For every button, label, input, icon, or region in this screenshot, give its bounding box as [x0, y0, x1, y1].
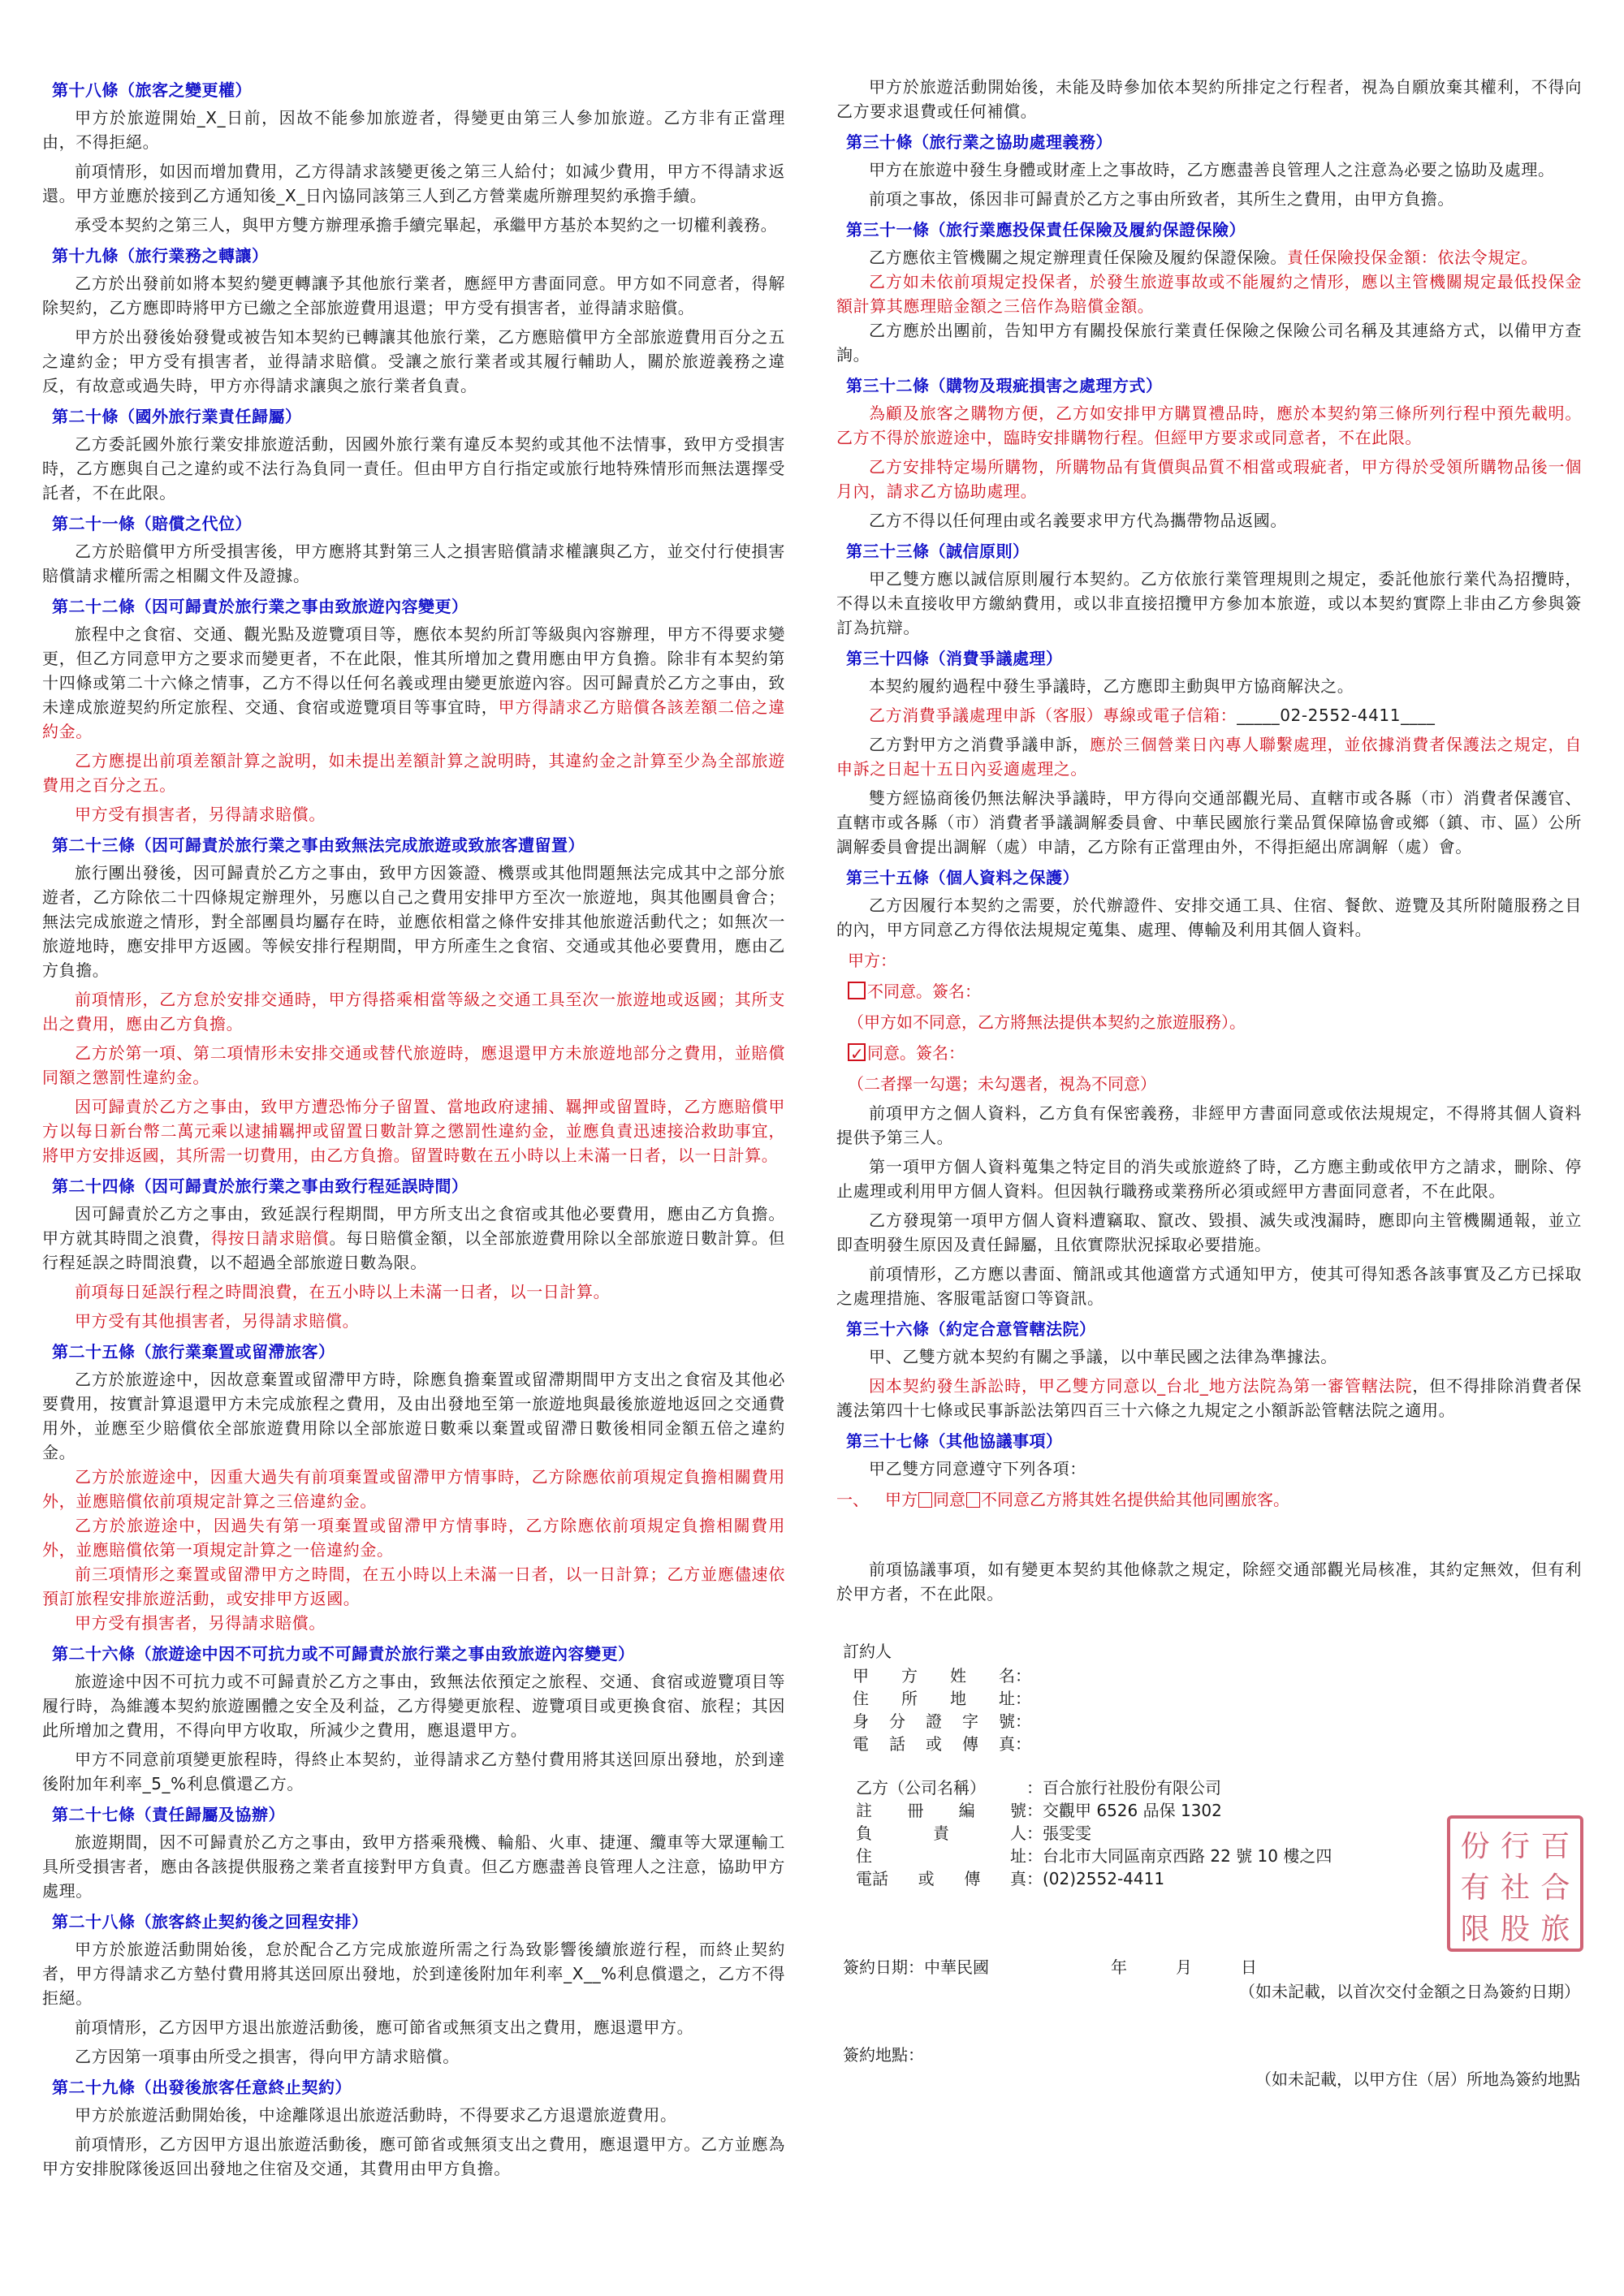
- label-char: 址: [1010, 1845, 1026, 1867]
- article-paragraph: 乙方消費爭議處理申訴（客服）專線或電子信箱：_____02-2552-4411_…: [836, 703, 1582, 727]
- signature-row: 身分證字號：: [836, 1710, 1582, 1733]
- label-char: 傳: [962, 1733, 978, 1755]
- emphasis-text: 甲方受有損害者，另得請求賠償。: [75, 805, 326, 824]
- place-note: （如未記載，以甲方住（居）所地為簽約地點: [836, 2067, 1580, 2091]
- article-paragraph: 乙方如未依前項規定投保者，於發生旅遊事故或不能履約之情形，應以主管機關規定最低投…: [836, 270, 1582, 318]
- date-year-field[interactable]: 年: [1111, 1955, 1176, 1979]
- article-heading: 第三十六條（約定合意管轄法院）: [846, 1315, 1582, 1343]
- article-paragraph: 雙方經協商後仍無法解決爭議時，甲方得向交通部觀光局、直轄市或各縣（市）消費者保護…: [836, 786, 1582, 859]
- article-paragraph: 乙方安排特定場所購物，所購物品有貨價與品質不相當或瑕疵者，甲方得於受領所購物品後…: [836, 455, 1582, 503]
- consent-block: 甲方：不同意。簽名：（甲方如不同意，乙方將無法提供本契約之旅遊服務）。同意。簽名…: [836, 947, 1582, 1098]
- article-paragraph: 前項情形，乙方因甲方退出旅遊活動後，應可節省或無須支出之費用，應退還甲方。乙方並…: [42, 2132, 785, 2181]
- body-text: 乙方對甲方之消費爭議申訴，: [869, 735, 1090, 754]
- article-paragraph: 甲方於旅遊活動開始後，中途離隊退出旅遊活動時，不得要求乙方退還旅遊費用。: [42, 2103, 785, 2127]
- body-text: 甲、乙雙方就本契約有關之爭議，以中華民國之法律為準據法。: [869, 1347, 1337, 1366]
- colon: ：: [1026, 1799, 1043, 1822]
- disagree-option[interactable]: 不同意。簽名：: [848, 978, 1582, 1005]
- colon: ：: [1026, 1867, 1043, 1890]
- signature-row: 乙方（公司名稱）：百合旅行社股份有限公司: [836, 1776, 1582, 1799]
- spacer: [836, 1513, 1582, 1557]
- label-char: 負: [856, 1822, 872, 1845]
- article-paragraph: 乙方對甲方之消費爭議申訴，應於三個營業日內專人聯繫處理，並依據消費者保護法之規定…: [836, 732, 1582, 781]
- article-paragraph: 甲乙雙方同意遵守下列各項：: [836, 1457, 1582, 1481]
- article-paragraph: 乙方委託國外旅行業安排旅遊活動，因國外旅行業有違反本契約或其他不法情事，致甲方受…: [42, 432, 785, 505]
- colon: ：: [1015, 1733, 1031, 1755]
- body-text: 乙方應依主管機關之規定辦理責任保險及履約保證保險。: [869, 248, 1287, 267]
- label-char: 或: [926, 1733, 942, 1755]
- article-paragraph: 甲方於旅遊活動開始後，怠於配合乙方完成旅遊所需之行為致影響後續旅遊行程，而終止契…: [42, 1937, 785, 2010]
- article-paragraph: 乙方不得以任何理由或名義要求甲方代為攜帶物品返國。: [836, 508, 1582, 533]
- body-text: 前項情形，乙方因甲方退出旅遊活動後，應可節省或無須支出之費用，應退還甲方。乙方並…: [42, 2134, 785, 2178]
- body-text: 乙方因第一項事由所受之損害，得向甲方請求賠償。: [75, 2047, 460, 2066]
- article-heading: 第三十一條（旅行業應投保責任保險及履約保證保險）: [846, 216, 1582, 244]
- signatories-title: 訂約人: [843, 1638, 1582, 1664]
- article-paragraph: 乙方應依主管機關之規定辦理責任保險及履約保證保險。責任保險投保金額：依法令規定。: [836, 245, 1582, 270]
- article-paragraph: 乙方於賠償甲方所受損害後，甲方應將其對第三人之損害賠償請求權讓與乙方，並交付行使…: [42, 539, 785, 588]
- article-paragraph: 因可歸責於乙方之事由，致甲方遭恐怖分子留置、當地政府逮捕、羈押或留置時，乙方應賠…: [42, 1094, 785, 1167]
- signing-place-label: 簽約地點：: [843, 2043, 1582, 2067]
- emphasis-text: 乙方於旅遊途中，因過失有第一項棄置或留滯甲方情事時，乙方除應依前項規定負擔相關費…: [42, 1516, 785, 1560]
- colon: ：: [1026, 1822, 1043, 1845]
- disagree-name-checkbox[interactable]: [966, 1492, 980, 1508]
- body-text: 前項甲方之個人資料，乙方負有保密義務，非經甲方書面同意或依法規規定，不得將其個人…: [836, 1103, 1582, 1147]
- emphasis-text: 前項每日延誤行程之時間浪費，在五小時以上未滿一日者，以一日計算。: [75, 1282, 610, 1301]
- seal-char: 社: [1495, 1865, 1535, 1906]
- emphasis-text: 前項情形，乙方怠於安排交通時，甲方得搭乘相當等級之交通工具至次一旅遊地或返國；其…: [42, 990, 785, 1034]
- body-text: 乙方於賠償甲方所受損害後，甲方應將其對第三人之損害賠償請求權讓與乙方，並交付行使…: [42, 542, 785, 585]
- emphasis-text: 因可歸責於乙方之事由，致甲方遭恐怖分子留置、當地政府逮捕、羈押或留置時，乙方應賠…: [42, 1097, 785, 1165]
- agree-name-checkbox[interactable]: [918, 1492, 932, 1508]
- article-heading: 第三十條（旅行業之協助處理義務）: [846, 128, 1582, 156]
- emphasis-text: 乙方於旅遊途中，因重大過失有前項棄置或留滯甲方情事時，乙方除應依前項規定負擔相關…: [42, 1467, 785, 1511]
- article-heading: 第二十二條（因可歸責於旅行業之事由致旅遊內容變更）: [52, 593, 785, 620]
- label-char: 址: [999, 1687, 1015, 1710]
- article-heading: 第二十九條（出發後旅客任意終止契約）: [52, 2074, 785, 2101]
- disagree-note: （甲方如不同意，乙方將無法提供本契約之旅遊服務）。: [848, 1008, 1582, 1036]
- body-text: 前項之事故，係因非可歸責於乙方之事由所致者，其所生之費用，由甲方負擔。: [869, 189, 1454, 209]
- body-text: _____02-2552-4411____: [1237, 706, 1435, 725]
- article-heading: 第二十條（國外旅行業責任歸屬）: [52, 403, 785, 430]
- body-text: 承受本契約之第三人，與甲方雙方辦理承擔手續完畢起，承繼甲方基於本契約之一切權利義…: [75, 215, 777, 235]
- label-char: 地: [950, 1687, 966, 1710]
- seal-char: 行: [1495, 1823, 1535, 1865]
- party-a-fields: 甲方姓名：住所地址：身分證字號：電話或傳真：: [836, 1664, 1582, 1755]
- signature-field-value[interactable]: 交觀甲 6526 品保 1302: [1043, 1799, 1222, 1822]
- article-paragraph: 甲方不同意前項變更旅程時，得終止本契約，並得請求乙方墊付費用將其送回原出發地，於…: [42, 1747, 785, 1796]
- article-paragraph: 乙方於旅遊途中，因故意棄置或留滯甲方時，除應負擔棄置或留滯期間甲方支出之食宿及其…: [42, 1367, 785, 1465]
- label-char: 名: [999, 1664, 1015, 1687]
- article-paragraph: 旅遊期間，因不可歸責於乙方之事由，致甲方搭乘飛機、輪船、火車、捷運、纜車等大眾運…: [42, 1830, 785, 1903]
- article-heading: 第二十八條（旅客終止契約後之回程安排）: [52, 1908, 785, 1936]
- agree-option[interactable]: 同意。簽名：: [848, 1039, 1582, 1067]
- article-paragraph: 前項情形，乙方應以書面、簡訊或其他適當方式通知甲方，使其可得知悉各該事實及乙方已…: [836, 1262, 1582, 1310]
- agree-label: 同意。簽名：: [867, 1043, 965, 1063]
- article-paragraph: 甲方於旅遊活動開始後，未能及時參加依本契約所排定之行程者，視為自願放棄其權利，不…: [836, 75, 1582, 123]
- body-text: 乙方因履行本契約之需要，於代辦證件、安排交通工具、住宿、餐飲、遊覽及其所附隨服務…: [836, 896, 1582, 939]
- emphasis-text: 責任保險投保金額：依法令規定。: [1287, 248, 1538, 267]
- body-text: 甲乙雙方同意遵守下列各項：: [869, 1459, 1086, 1478]
- seal-char: 有: [1455, 1865, 1495, 1906]
- disagree-label: 不同意。簽名：: [867, 982, 981, 1001]
- date-day-field[interactable]: 日: [1241, 1955, 1257, 1979]
- article-heading: 第三十三條（誠信原則）: [846, 537, 1582, 565]
- label-char: 所: [901, 1687, 918, 1710]
- label-char: 方: [901, 1664, 918, 1687]
- item-text: 甲方: [885, 1490, 918, 1509]
- label-char: 分: [889, 1710, 905, 1733]
- seal-char: 旅: [1535, 1906, 1575, 1948]
- colon: ：: [1015, 1687, 1031, 1710]
- label-char: 註: [856, 1799, 872, 1822]
- body-text: 乙方於旅遊途中，因故意棄置或留滯甲方時，除應負擔棄置或留滯期間甲方支出之食宿及其…: [42, 1370, 785, 1462]
- right-column-articles: 甲方於旅遊活動開始後，未能及時參加依本契約所排定之行程者，視為自願放棄其權利，不…: [836, 75, 1582, 1606]
- article-paragraph: 乙方因履行本契約之需要，於代辦證件、安排交通工具、住宿、餐飲、遊覽及其所附隨服務…: [836, 893, 1582, 942]
- label-char: 人: [1010, 1822, 1026, 1845]
- party-a-label: 甲方：: [848, 947, 1582, 974]
- body-text: 乙方應於出團前，告知甲方有關投保旅行業責任保險之保險公司名稱及其連絡方式，以備甲…: [836, 321, 1582, 365]
- body-text: 本契約履約過程中發生爭議時，乙方應即主動與甲方協商解決之。: [869, 676, 1354, 696]
- item-text: 同意: [933, 1490, 965, 1509]
- body-text: 甲方於旅遊開始_X_日前，因故不能參加旅遊者，得變更由第三人參加旅遊。乙方非有正…: [42, 108, 785, 152]
- article-paragraph: 甲方於出發後始發覺或被告知本契約已轉讓其他旅行業，乙方應賠償甲方全部旅遊費用百分…: [42, 325, 785, 398]
- emphasis-text: 乙方如未依前項規定投保者，於發生旅遊事故或不能履約之情形，應以主管機關規定最低投…: [836, 272, 1582, 316]
- body-text: 旅遊期間，因不可歸責於乙方之事由，致甲方搭乘飛機、輪船、火車、捷運、纜車等大眾運…: [42, 1832, 785, 1901]
- left-column: 第十八條（旅客之變更權）甲方於旅遊開始_X_日前，因故不能參加旅遊者，得變更由第…: [42, 75, 785, 2186]
- article-paragraph: 前項之事故，係因非可歸責於乙方之事由所致者，其所生之費用，由甲方負擔。: [836, 187, 1582, 211]
- article-heading: 第三十七條（其他協議事項）: [846, 1427, 1582, 1455]
- signature-field-label: 住址: [856, 1845, 1026, 1867]
- signature-field-value[interactable]: 百合旅行社股份有限公司: [1043, 1776, 1221, 1799]
- signature-field-value[interactable]: 張雯雯: [1043, 1822, 1091, 1845]
- body-text: 前項協議事項，如有變更本契約其他條款之規定，除經交通部觀光局核准，其約定無效，但…: [836, 1560, 1582, 1603]
- article-heading: 第二十五條（旅行業棄置或留滯旅客）: [52, 1338, 785, 1366]
- emphasis-text: 甲方受有損害者，另得請求賠償。: [75, 1613, 326, 1633]
- body-text: 第一項甲方個人資料蒐集之特定目的消失或旅遊終了時，乙方應主動或依甲方之請求，刪除…: [836, 1157, 1582, 1201]
- label-char: 真: [1010, 1867, 1026, 1890]
- emphasis-text: 因本契約發生訴訟時，甲乙雙方同意以_台北_地方法院為第一審管轄法院: [869, 1376, 1412, 1396]
- article-paragraph: 甲方受有損害者，另得請求賠償。: [42, 1611, 785, 1635]
- emphasis-text: 乙方於第一項、第二項情形未安排交通或替代旅遊時，應退還甲方未旅遊地部分之費用，並…: [42, 1043, 785, 1087]
- signing-date-line: 簽約日期：中華民國 年 月 日: [843, 1955, 1582, 1979]
- article-paragraph: 乙方於第一項、第二項情形未安排交通或替代旅遊時，應退還甲方未旅遊地部分之費用，並…: [42, 1041, 785, 1090]
- article-heading: 第二十一條（賠償之代位）: [52, 510, 785, 537]
- agree-checkbox[interactable]: [848, 1043, 866, 1061]
- signature-row: 電話或傳真：: [836, 1733, 1582, 1755]
- article-paragraph: 前項甲方之個人資料，乙方負有保密義務，非經甲方書面同意或依法規規定，不得將其個人…: [836, 1101, 1582, 1150]
- article-paragraph: 甲方在旅遊中發生身體或財產上之事故時，乙方應盡善良管理人之注意為必要之協助及處理…: [836, 158, 1582, 182]
- label-char: 姓: [950, 1664, 966, 1687]
- article-paragraph: 前項情形，乙方怠於安排交通時，甲方得搭乘相當等級之交通工具至次一旅遊地或返國；其…: [42, 987, 785, 1036]
- article-paragraph: 乙方於旅遊途中，因重大過失有前項棄置或留滯甲方情事時，乙方除應依前項規定負擔相關…: [42, 1465, 785, 1513]
- body-text: 乙方發現第一項甲方個人資料遭竊取、竄改、毀損、滅失或洩漏時，應即向主管機關通報，…: [836, 1211, 1582, 1254]
- signature-field-label: 住所地址: [853, 1687, 1015, 1710]
- label-char: 編: [959, 1799, 975, 1822]
- article-paragraph: 甲方受有其他損害者，另得請求賠償。: [42, 1309, 785, 1333]
- body-text: 前項情形，如因而增加費用，乙方得請求該變更後之第三人給付；如減少費用，甲方不得請…: [42, 162, 785, 205]
- signature-field-value[interactable]: (02)2552-4411: [1043, 1867, 1164, 1890]
- label-char: 電: [853, 1733, 869, 1755]
- seal-char: 百: [1535, 1823, 1575, 1865]
- article-paragraph: 因本契約發生訴訟時，甲乙雙方同意以_台北_地方法院為第一審管轄法院，但不得排除消…: [836, 1374, 1582, 1422]
- body-text: 甲方不同意前項變更旅程時，得終止本契約，並得請求乙方墊付費用將其送回原出發地，於…: [42, 1750, 785, 1793]
- article-paragraph: 乙方於出發前如將本契約變更轉讓予其他旅行業者，應經甲方書面同意。甲方如不同意者，…: [42, 271, 785, 320]
- body-text: 雙方經協商後仍無法解決爭議時，甲方得向交通部觀光局、直轄市或各縣（市）消費者保護…: [836, 788, 1582, 857]
- body-text: 旅遊途中因不可抗力或不可歸責於乙方之事由，致無法依預定之旅程、交通、食宿或遊覽項…: [42, 1672, 785, 1740]
- signature-field-label: 身分證字號: [853, 1710, 1015, 1733]
- emphasis-text: 乙方安排特定場所購物，所購物品有貨價與品質不相當或瑕疵者，甲方得於受領所購物品後…: [836, 457, 1582, 501]
- label-char: 責: [933, 1822, 949, 1845]
- article-paragraph: 旅程中之食宿、交通、觀光點及遊覽項目等，應依本契約所訂等級與內容辦理，甲方不得要…: [42, 622, 785, 744]
- article-paragraph: 乙方發現第一項甲方個人資料遭竊取、竄改、毀損、滅失或洩漏時，應即向主管機關通報，…: [836, 1208, 1582, 1257]
- article-paragraph: 為顧及旅客之購物方便，乙方如安排甲方購買禮品時，應於本契約第三條所列行程中預先載…: [836, 401, 1582, 450]
- label-char: 身: [853, 1710, 869, 1733]
- date-label: 簽約日期：中華民國: [843, 1955, 1111, 1979]
- emphasis-text: 得按日請求賠償: [211, 1228, 330, 1248]
- label-char: 證: [926, 1710, 942, 1733]
- article-paragraph: 前項情形，如因而增加費用，乙方得請求該變更後之第三人給付；如減少費用，甲方不得請…: [42, 159, 785, 208]
- article-heading: 第二十七條（責任歸屬及協辦）: [52, 1801, 785, 1828]
- article-paragraph: 旅行團出發後，因可歸責於乙方之事由，致甲方因簽證、機票或其他問題無法完成其中之部…: [42, 861, 785, 982]
- article-heading: 第二十三條（因可歸責於旅行業之事由致無法完成旅遊或致旅客遭留置）: [52, 831, 785, 859]
- article-heading: 第十八條（旅客之變更權）: [52, 76, 785, 104]
- article-paragraph: 第一項甲方個人資料蒐集之特定目的消失或旅遊終了時，乙方應主動或依甲方之請求，刪除…: [836, 1154, 1582, 1203]
- body-text: 乙方委託國外旅行業安排旅遊活動，因國外旅行業有違反本契約或其他不法情事，致甲方受…: [42, 434, 785, 503]
- article-paragraph: 乙方應於出團前，告知甲方有關投保旅行業責任保險之保險公司名稱及其連絡方式，以備甲…: [836, 318, 1582, 367]
- seal-char: 股: [1495, 1906, 1535, 1948]
- signature-field-label: 乙方（公司名稱）: [856, 1776, 1026, 1799]
- article-paragraph: 甲乙雙方應以誠信原則履行本契約。乙方依旅行業管理規則之規定，委託他旅行業代為招攬…: [836, 567, 1582, 640]
- label-char: 住: [856, 1845, 872, 1867]
- colon: ：: [1026, 1776, 1043, 1799]
- article-heading: 第三十五條（個人資料之保護）: [846, 864, 1582, 891]
- body-text: 甲方於旅遊活動開始後，未能及時參加依本契約所排定之行程者，視為自願放棄其權利，不…: [836, 77, 1582, 121]
- body-text: 前項情形，乙方因甲方退出旅遊活動後，應可節省或無須支出之費用，應退還甲方。: [75, 2018, 693, 2037]
- company-seal-stamp: 百合旅行社股份有限: [1447, 1815, 1583, 1952]
- body-text: 甲方於旅遊活動開始後，中途離隊退出旅遊活動時，不得要求乙方退還旅遊費用。: [75, 2105, 677, 2125]
- label-char: 電話: [856, 1867, 888, 1890]
- article-heading: 第三十二條（購物及瑕疵損害之處理方式）: [846, 372, 1582, 399]
- article-paragraph: 乙方於旅遊途中，因過失有第一項棄置或留滯甲方情事時，乙方除應依前項規定負擔相關費…: [42, 1513, 785, 1562]
- article-paragraph: 前項情形，乙方因甲方退出旅遊活動後，應可節省或無須支出之費用，應退還甲方。: [42, 2015, 785, 2039]
- article-paragraph: 乙方應提出前項差額計算之說明，如未提出差額計算之說明時，其違約金之計算至少為全部…: [42, 749, 785, 797]
- article-heading: 第二十六條（旅遊途中因不可抗力或不可歸責於旅行業之事由致旅遊內容變更）: [52, 1640, 785, 1668]
- label-char: 甲: [853, 1664, 869, 1687]
- label-char: 真: [999, 1733, 1015, 1755]
- seal-char: 份: [1455, 1823, 1495, 1865]
- disagree-checkbox[interactable]: [848, 982, 866, 999]
- colon: ：: [1015, 1710, 1031, 1733]
- emphasis-text: 乙方消費爭議處理申訴（客服）專線或電子信箱：: [869, 706, 1237, 725]
- signature-row: 住所地址：: [836, 1687, 1582, 1710]
- article-paragraph: 甲方受有損害者，另得請求賠償。: [42, 802, 785, 826]
- article-paragraph: 甲方於旅遊開始_X_日前，因故不能參加旅遊者，得變更由第三人參加旅遊。乙方非有正…: [42, 106, 785, 154]
- article-heading: 第二十四條（因可歸責於旅行業之事由致行程延誤時間）: [52, 1172, 785, 1200]
- seal-char: 限: [1455, 1906, 1495, 1948]
- label-char: 號: [1010, 1799, 1026, 1822]
- emphasis-text: 乙方應提出前項差額計算之說明，如未提出差額計算之說明時，其違約金之計算至少為全部…: [42, 751, 785, 795]
- colon: ：: [1026, 1845, 1043, 1867]
- seal-char: 合: [1535, 1865, 1575, 1906]
- article-paragraph: 前三項情形之棄置或留滯甲方之時間，在五小時以上未滿一日者，以一日計算；乙方並應儘…: [42, 1562, 785, 1611]
- body-text: 甲方於出發後始發覺或被告知本契約已轉讓其他旅行業，乙方應賠償甲方全部旅遊費用百分…: [42, 327, 785, 395]
- signature-field-label: 甲方姓名: [853, 1664, 1015, 1687]
- label-char: 住: [853, 1687, 869, 1710]
- label-char: 傳: [964, 1867, 980, 1890]
- signature-field-label: 負責人: [856, 1822, 1026, 1845]
- body-text: 乙方不得以任何理由或名義要求甲方代為攜帶物品返國。: [869, 511, 1287, 530]
- article-paragraph: 甲、乙雙方就本契約有關之爭議，以中華民國之法律為準據法。: [836, 1344, 1582, 1369]
- article-paragraph: 旅遊途中因不可抗力或不可歸責於乙方之事由，致無法依預定之旅程、交通、食宿或遊覽項…: [42, 1669, 785, 1742]
- article-heading: 第十九條（旅行業務之轉讓）: [52, 242, 785, 270]
- colon: ：: [1015, 1664, 1031, 1687]
- article-paragraph: 乙方因第一項事由所受之損害，得向甲方請求賠償。: [42, 2044, 785, 2069]
- body-text: 旅行團出發後，因可歸責於乙方之事由，致甲方因簽證、機票或其他問題無法完成其中之部…: [42, 863, 785, 980]
- right-column: 甲方於旅遊活動開始後，未能及時參加依本契約所排定之行程者，視為自願放棄其權利，不…: [836, 75, 1582, 2091]
- signature-field-label: 電話或傳真: [856, 1867, 1026, 1890]
- signature-field-label: 註冊編號: [856, 1799, 1026, 1822]
- body-text: 甲方於旅遊活動開始後，怠於配合乙方完成旅遊所需之行為致影響後續旅遊行程，而終止契…: [42, 1940, 785, 2008]
- label-char: 乙方（公司名稱）: [856, 1776, 986, 1799]
- article-paragraph: 承受本契約之第三人，與甲方雙方辦理承擔手續完畢起，承繼甲方基於本契約之一切權利義…: [42, 213, 785, 237]
- label-char: 冊: [907, 1799, 923, 1822]
- signature-field-value[interactable]: 台北市大同區南京西路 22 號 10 樓之四: [1043, 1845, 1332, 1867]
- label-char: 號: [999, 1710, 1015, 1733]
- item-text: 不同意乙方將其姓名提供給其他同團旅客。: [981, 1490, 1289, 1509]
- emphasis-text: 為顧及旅客之購物方便，乙方如安排甲方購買禮品時，應於本契約第三條所列行程中預先載…: [836, 404, 1582, 447]
- label-char: 或: [918, 1867, 935, 1890]
- agreement-item: 一、甲方同意不同意乙方將其姓名提供給其他同團旅客。: [836, 1486, 1582, 1513]
- date-month-field[interactable]: 月: [1176, 1955, 1241, 1979]
- article-paragraph: 前項每日延誤行程之時間浪費，在五小時以上未滿一日者，以一日計算。: [42, 1280, 785, 1304]
- item-number: 一、: [836, 1490, 869, 1509]
- label-char: 話: [889, 1733, 905, 1755]
- body-text: 乙方於出發前如將本契約變更轉讓予其他旅行業者，應經甲方書面同意。甲方如不同意者，…: [42, 274, 785, 317]
- article-paragraph: 前項協議事項，如有變更本契約其他條款之規定，除經交通部觀光局核准，其約定無效，但…: [836, 1557, 1582, 1606]
- signature-row: 甲方姓名：: [836, 1664, 1582, 1687]
- emphasis-text: 前三項情形之棄置或留滯甲方之時間，在五小時以上未滿一日者，以一日計算；乙方並應儘…: [42, 1564, 785, 1608]
- date-note: （如未記載，以首次交付金額之日為簽約日期）: [836, 1979, 1580, 2004]
- label-char: 字: [962, 1710, 978, 1733]
- body-text: 甲方在旅遊中發生身體或財產上之事故時，乙方應盡善良管理人之注意為必要之協助及處理…: [869, 160, 1555, 179]
- article-heading: 第三十四條（消費爭議處理）: [846, 645, 1582, 672]
- article-paragraph: 因可歸責於乙方之事由，致延誤行程期間，甲方所支出之食宿或其他必要費用，應由乙方負…: [42, 1202, 785, 1275]
- article-paragraph: 本契約履約過程中發生爭議時，乙方應即主動與甲方協商解決之。: [836, 674, 1582, 698]
- body-text: 甲乙雙方應以誠信原則履行本契約。乙方依旅行業管理規則之規定，委託他旅行業代為招攬…: [836, 569, 1582, 637]
- body-text: 前項情形，乙方應以書面、簡訊或其他適當方式通知甲方，使其可得知悉各該事實及乙方已…: [836, 1264, 1582, 1308]
- signature-field-label: 電話或傳真: [853, 1733, 1015, 1755]
- emphasis-text: 甲方受有其他損害者，另得請求賠償。: [75, 1311, 359, 1331]
- agree-note: （二者擇一勾選；未勾選者，視為不同意）: [848, 1070, 1582, 1098]
